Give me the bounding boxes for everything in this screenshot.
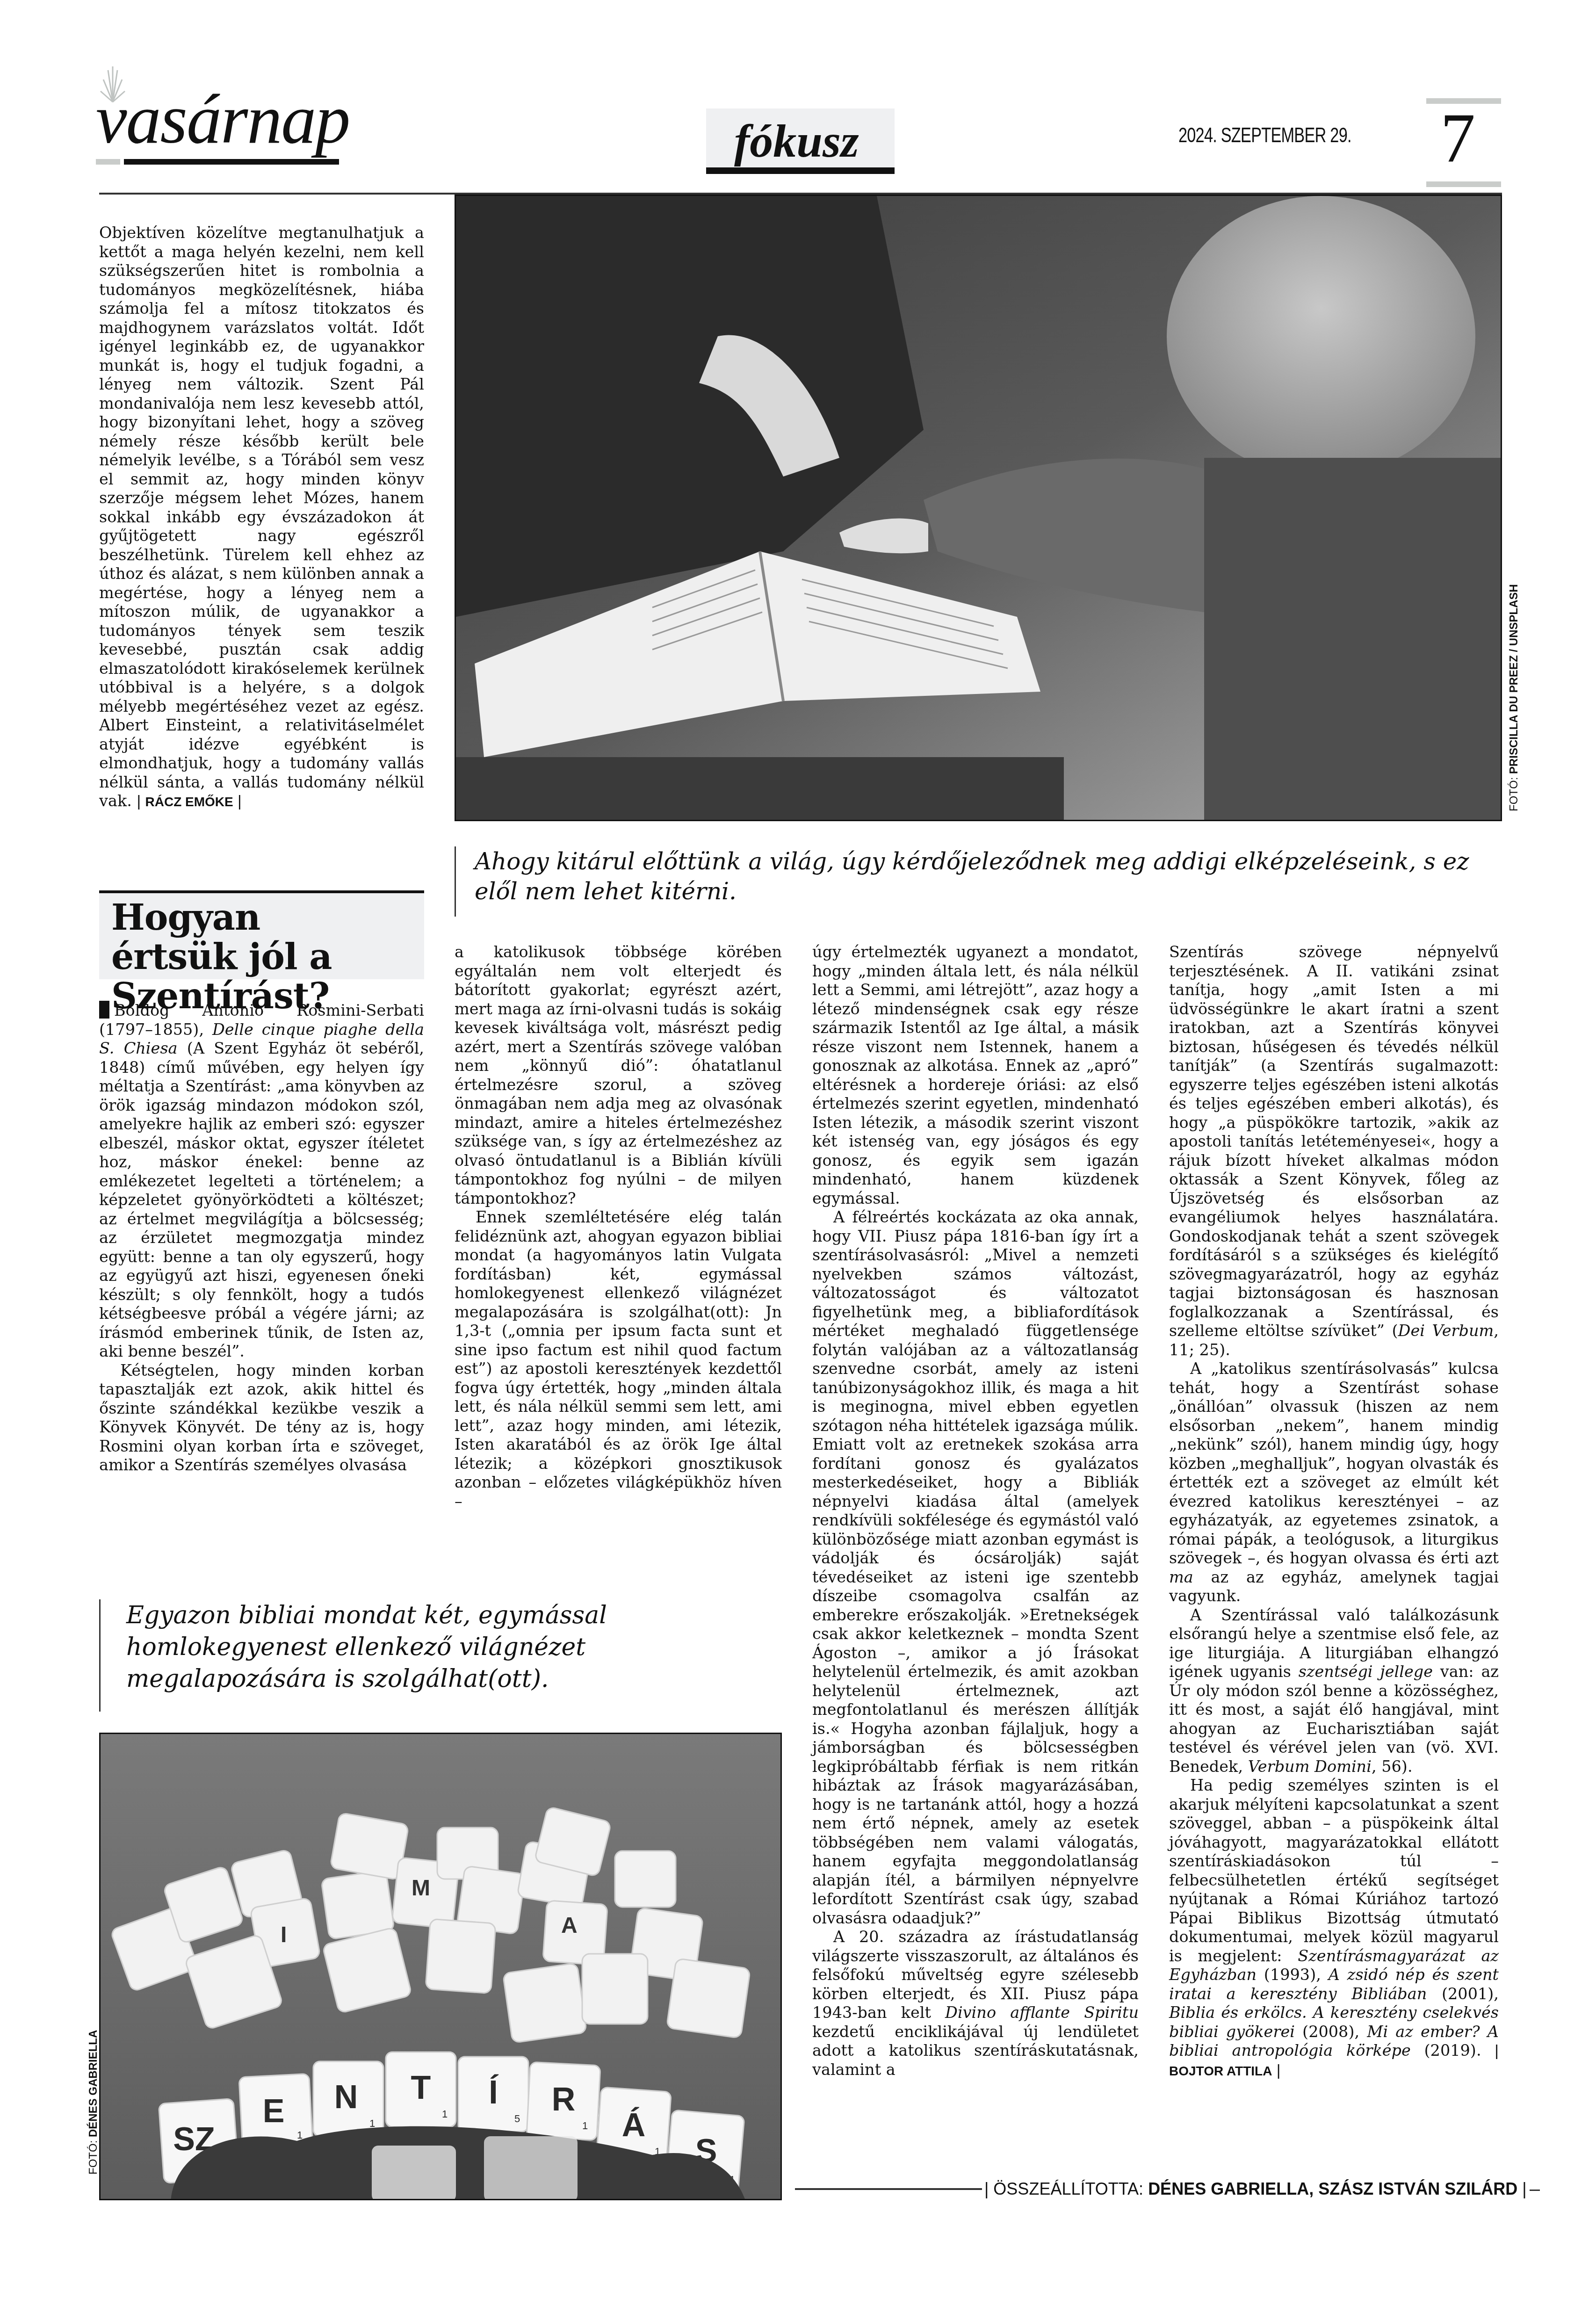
paragraph: A 20. századra az írástudatlanság világs…: [812, 1928, 1139, 2079]
article-headline: Hogyan értsük jól a Szentírást?: [111, 898, 373, 1016]
svg-text:1: 1: [582, 2120, 588, 2132]
svg-text:5: 5: [514, 2113, 520, 2125]
page-number: 7: [1440, 103, 1475, 173]
pull-quote-top: Ahogy kitárul előttünk a világ, úgy kérd…: [455, 846, 1502, 917]
footer-rule: [795, 2188, 982, 2190]
photo-credit-bottom: FOTÓ: DÉNES GABRIELLA: [87, 2030, 100, 2175]
bible-hands-illustration: [456, 196, 1502, 821]
svg-text:E: E: [263, 2093, 285, 2129]
paragraph: A Szentírással való találkozásunk elsőra…: [1169, 1606, 1499, 1777]
paragraph-references: Ha pedig személyes szinten is el akarjuk…: [1169, 1776, 1499, 2081]
section-label: fókusz: [734, 113, 859, 169]
article-column-4: Szentírás szövege népnyelvű terjesztésén…: [1169, 943, 1499, 2081]
logo-rule-accent: [96, 159, 120, 165]
photo-scrabble-tiles: I M A SZ E N T Í R Á S 3 1 1: [99, 1733, 782, 2200]
issue-date: 2024. SZEPTEMBER 29.: [1178, 124, 1351, 147]
footer-names: DÉNES GABRIELLA, SZÁSZ ISTVÁN SZILÁRD: [1148, 2179, 1517, 2198]
previous-article-tail: Objektíven közelítve megtanulhatjuk a ke…: [99, 224, 424, 812]
pull-quote-top-text: Ahogy kitárul előttünk a világ, úgy kérd…: [475, 846, 1502, 906]
scrabble-illustration: I M A SZ E N T Í R Á S 3 1 1: [101, 1734, 782, 2200]
paragraph: Szentírás szövege népnyelvű terjesztésén…: [1169, 943, 1499, 1359]
previous-article-byline: RÁCZ EMŐKE: [145, 795, 233, 809]
section-label-box: fókusz: [706, 108, 895, 174]
article-column-3: úgy értelmezték ugyanezt a mondatot, hog…: [812, 943, 1139, 2079]
pull-quote-bottom: Egyazon bibliai mondat két, egymással ho…: [99, 1599, 782, 1712]
scattered-letter-m: M: [412, 1876, 430, 1901]
svg-text:Í: Í: [489, 2074, 498, 2110]
svg-text:1: 1: [369, 2118, 375, 2129]
paragraph: A félreértés kockázata az oka annak, hog…: [812, 1208, 1139, 1928]
paragraph: úgy értelmezték ugyanezt a mondatot, hog…: [812, 943, 1139, 1208]
lead-paragraph: Boldog Antonio Rosmini-Serbati (1797–185…: [99, 1001, 424, 1361]
scattered-letter-a: A: [561, 1913, 578, 1938]
svg-text:Á: Á: [622, 2107, 646, 2143]
paragraph: A „katolikus szentírásolvasás” kulcsa te…: [1169, 1359, 1499, 1606]
masthead-logo: vasárnap: [96, 65, 344, 173]
scattered-letter-i: I: [281, 1922, 287, 1947]
page-number-block: 7: [1426, 98, 1501, 187]
svg-text:1: 1: [442, 2108, 448, 2120]
photo-credit-top: FOTÓ: PRISCILLA DU PREEZ / UNSPLASH: [1508, 584, 1521, 811]
svg-text:N: N: [334, 2079, 358, 2115]
svg-text:T: T: [411, 2069, 431, 2106]
pull-quote-bottom-text: Egyazon bibliai mondat két, egymással ho…: [126, 1599, 782, 1695]
logo-text: vasárnap: [96, 84, 349, 154]
svg-text:R: R: [552, 2081, 576, 2118]
paragraph: a katolikusok többsége körében egyáltalá…: [455, 943, 782, 1208]
compiled-by-footer: | ÖSSZEÁLLÍTOTTA: DÉNES GABRIELLA, SZÁSZ…: [984, 2179, 1540, 2199]
article-column-1: Boldog Antonio Rosmini-Serbati (1797–185…: [99, 1001, 424, 1475]
logo-rule: [124, 159, 339, 165]
paragraph: Kétségtelen, hogy minden korban tapaszta…: [99, 1361, 424, 1475]
previous-article-text: Objektíven közelítve megtanulhatjuk a ke…: [99, 224, 424, 810]
headline-box: Hogyan értsük jól a Szentírást?: [99, 890, 424, 979]
article-byline: BOJTOR ATTILA: [1169, 2064, 1272, 2078]
page-number-bar-bottom: [1426, 181, 1501, 187]
lead-marker-icon: [99, 1001, 109, 1019]
svg-text:1: 1: [297, 2129, 303, 2141]
article-column-2: a katolikusok többsége körében egyáltalá…: [455, 943, 782, 1511]
photo-bible-reading: [455, 195, 1502, 821]
footer-label: ÖSSZEÁLLÍTOTTA:: [993, 2179, 1143, 2198]
paragraph: Ennek szemléltetésére elég talán felidéz…: [455, 1208, 782, 1511]
